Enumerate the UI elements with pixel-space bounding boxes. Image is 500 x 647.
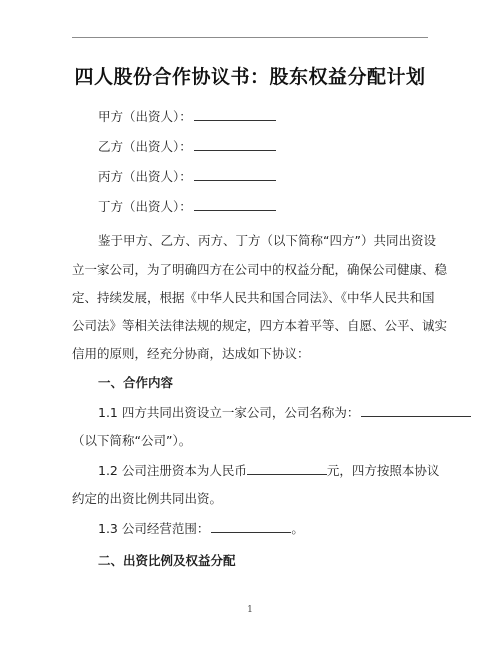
party-label: 丁方（出资人）： [98,199,192,214]
clause-1-1: 1.1 四方共同出资设立一家公司，公司名称为： [98,404,471,422]
preamble-line: 鉴于甲方、乙方、丙方、丁方（以下简称“四方”）共同出资设 [98,232,428,250]
company-name-blank[interactable] [361,404,471,417]
preamble-line: 立一家公司，为了明确四方在公司中的权益分配，确保公司健康、稳 [72,261,428,279]
document-title: 四人股份合作协议书：股东权益分配计划 [0,64,500,90]
section-heading-contribution: 二、出资比例及权益分配 [98,552,236,570]
party-row-bing: 丙方（出资人）： [98,168,276,186]
party-name-blank[interactable] [194,168,276,181]
party-name-blank[interactable] [194,138,276,151]
party-row-ding: 丁方（出资人）： [98,198,276,216]
party-label: 甲方（出资人）： [98,109,192,124]
party-label: 乙方（出资人）： [98,139,192,154]
party-row-jia: 甲方（出资人）： [98,108,276,126]
clause-1-2: 1.2 公司注册资本为人民币元，四方按照本协议 [98,462,439,480]
header-rule [72,37,428,38]
party-row-yi: 乙方（出资人）： [98,138,276,156]
registered-capital-blank[interactable] [247,462,327,475]
party-name-blank[interactable] [194,108,276,121]
party-name-blank[interactable] [194,198,276,211]
business-scope-blank[interactable] [211,520,291,533]
clause-1-1-continuation: （以下简称“公司”）。 [72,432,191,450]
page-number: 1 [246,605,254,615]
preamble-line: 公司法》等相关法律法规的规定，四方本着平等、自愿、公平、诚实 [72,317,428,335]
document-page: 四人股份合作协议书：股东权益分配计划 甲方（出资人）： 乙方（出资人）： 丙方（… [0,0,500,647]
preamble-line: 信用的原则，经充分协商，达成如下协议： [72,345,310,363]
preamble-line: 定、持续发展，根据《中华人民共和国合同法》、《中华人民共和国 [72,289,428,307]
party-label: 丙方（出资人）： [98,169,192,184]
section-heading-cooperation: 一、合作内容 [98,374,173,392]
clause-1-2-continuation: 约定的出资比例共同出资。 [72,490,222,508]
clause-1-3: 1.3 公司经营范围：。 [98,520,304,538]
